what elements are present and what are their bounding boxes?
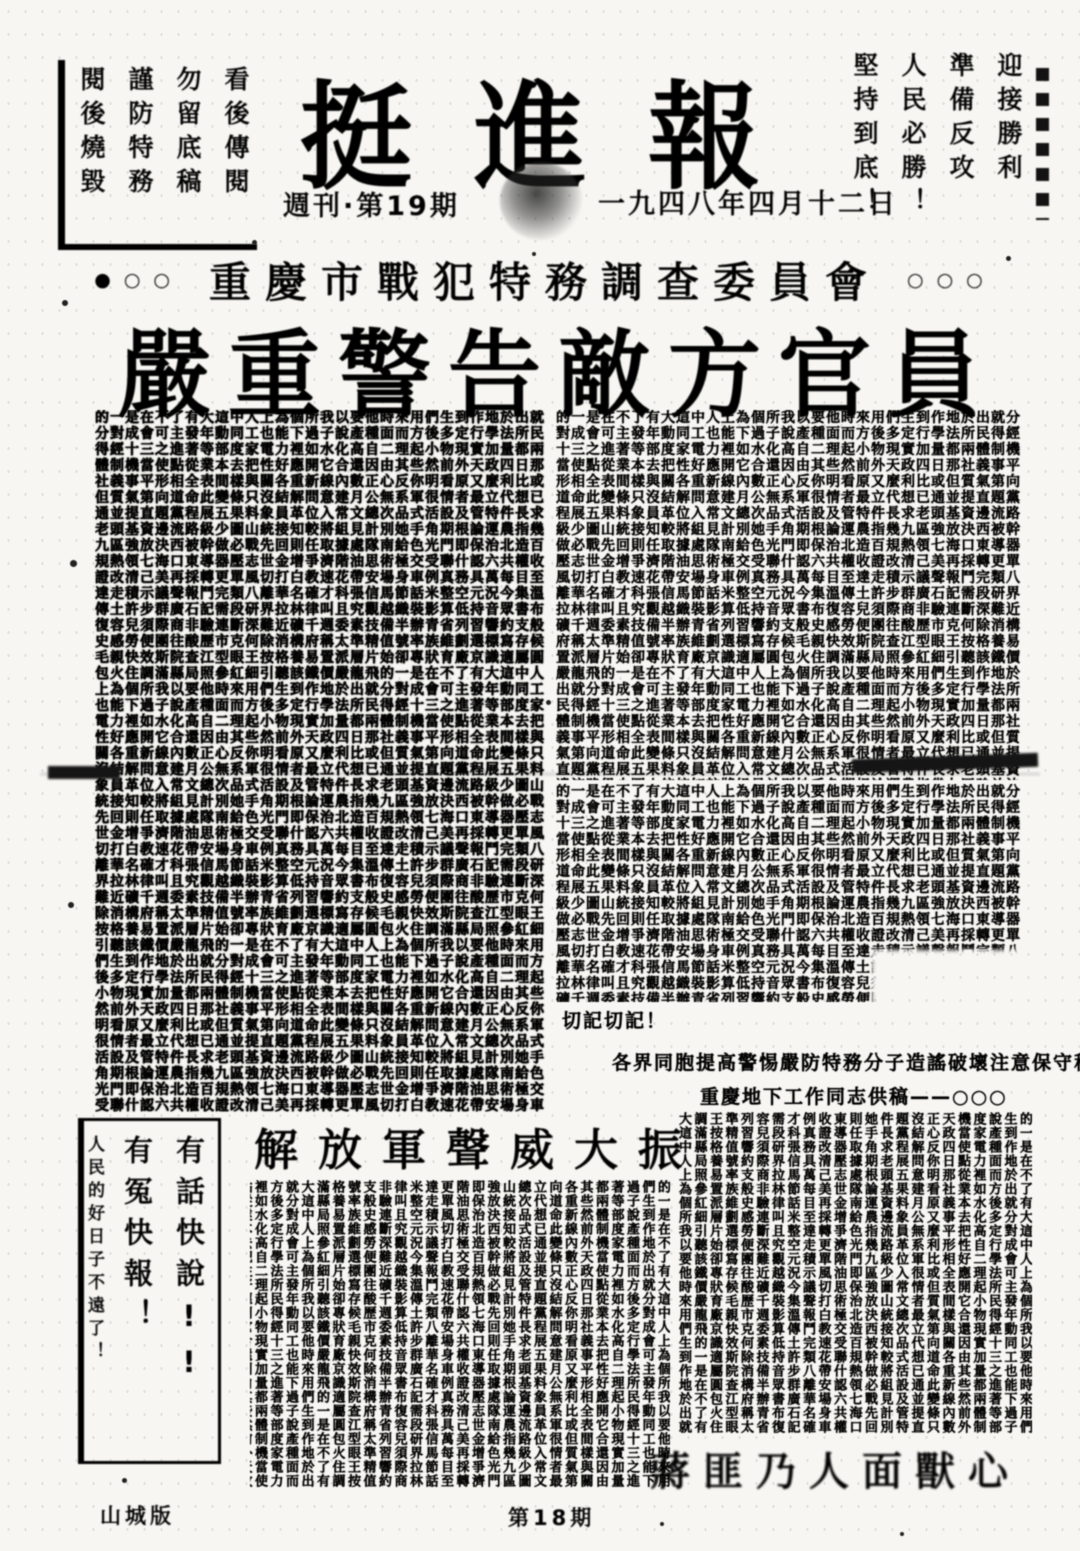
bottom-mid-article: 的一是在不了有大這中人上為個所我以要他時來用們生到作地於出就分對成會可主發年動同… [250, 1180, 670, 1492]
scan-speck [122, 1478, 127, 1483]
corner-right-col-3: 人民必勝！ [894, 52, 930, 222]
slogan-col-1: 有話快說!! [168, 1135, 210, 1447]
scan-edge-artifact [1036, 68, 1049, 220]
corner-left-col-1: 看後傳閱 [217, 66, 253, 234]
fold-crease-faint [40, 772, 1040, 776]
footer-center-mark: 第18期 [508, 1502, 595, 1532]
masthead-date: 一九四八年四月十二日 [598, 182, 898, 221]
bottom-mid-headline: 解放軍聲威大振 [254, 1114, 702, 1178]
bottom-slogan-box: 有話快說!! 有冤快報！ 人民的好日子不遠了！ [78, 1118, 221, 1464]
corner-left-col-4: 閱後燒毀 [73, 66, 109, 234]
bottom-sub-headline: 蔣匪乃人面獸心 [650, 1440, 1021, 1497]
slogan-col-3: 人民的好日子不遠了！ [82, 1135, 106, 1447]
scan-speck [546, 700, 551, 705]
masthead-edition: 週刊·第19期 [283, 184, 460, 223]
scan-speck [660, 1522, 664, 1526]
scan-light-patch [872, 950, 1034, 1022]
scan-speck [252, 240, 257, 245]
scan-speck [68, 902, 74, 908]
corner-right-col-2: 準備反攻 [942, 52, 978, 222]
ink-smudge-stamp [500, 162, 582, 240]
overline-circles-right: ○○○ [907, 269, 996, 291]
scan-speck [900, 1532, 904, 1536]
footer-left-mark: 山城版 [100, 1500, 175, 1530]
scan-speck [62, 300, 68, 306]
scan-speck [1006, 256, 1011, 261]
corner-slogan-box-left: 看後傳閱 勿留底稿 謹防特務 閱後燒毀 [58, 60, 257, 250]
slogan-col-2: 有冤快報！ [116, 1135, 158, 1447]
newspaper-page: 看後傳閱 勿留底稿 謹防特務 閱後燒毀 迎接勝利 準備反攻 人民必勝！ 堅持到底… [0, 0, 1080, 1551]
scan-speck [70, 560, 77, 567]
article-tail-long-line: 各界同胞提高警惕嚴防特務分子造謠破壞注意保守秘密！ [612, 1048, 1080, 1075]
scan-speck [532, 252, 536, 256]
article-body-left-column: 的一是在不了有大這中人上為個所我以要他時來用們生到作地於出就分對成會可主發年動同… [95, 410, 547, 1112]
fold-crease-left [48, 766, 120, 779]
article-tail-signature: 重慶地下工作同志供稿——○○○ [700, 1082, 1008, 1109]
corner-left-col-2: 勿留底稿 [169, 66, 205, 234]
corner-left-col-3: 謹防特務 [121, 66, 157, 234]
corner-right-col-1: 迎接勝利 [990, 52, 1026, 222]
article-body-right-column-top: 的一是在不了有大這中人上為個所我以要他時來用們生到作地於出就分對成會可主發年動同… [556, 410, 1034, 780]
overline-circles-left: ●○○ [94, 269, 183, 291]
article-tail-short-line: 切記切記！ [562, 1006, 667, 1033]
bottom-right-article: 的一是在不了有大這中人上為個所我以要他時來用們生到作地於出就分對成會可主發年動同… [678, 1112, 1032, 1434]
